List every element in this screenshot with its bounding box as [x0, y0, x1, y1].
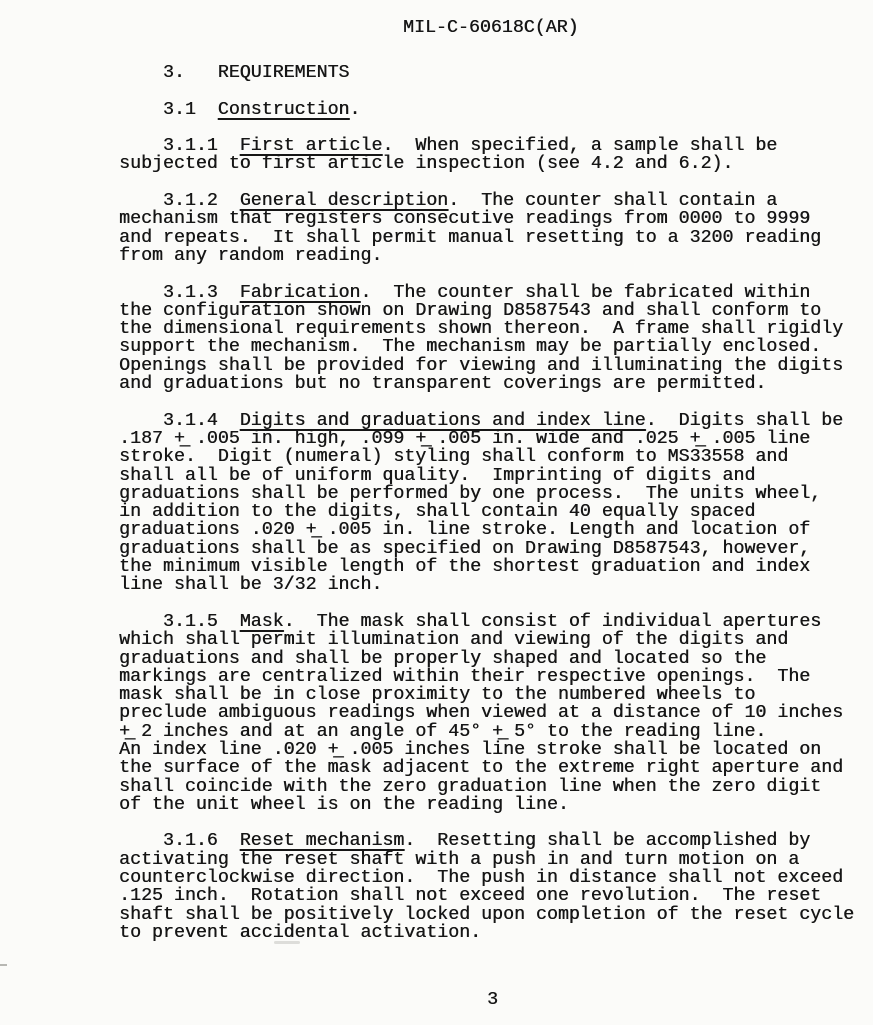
text-span: . The counter shall contain a [448, 191, 777, 211]
section-title: General description [240, 191, 448, 211]
text-line: shaft shall be positively locked upon co… [119, 906, 854, 924]
text-span: . [349, 100, 360, 120]
paragraph: 3.1.1 First article. When specified, a s… [119, 137, 854, 174]
text-line: 3.1 Construction. [119, 101, 854, 119]
text-line: 3. REQUIREMENTS [119, 64, 854, 82]
text-line: of the unit wheel is on the reading line… [119, 796, 854, 814]
page-number: 3 [487, 991, 498, 1009]
text-span: 3.1 [119, 100, 218, 120]
text-line: An index line .020 +̲ .005 inches line s… [119, 741, 854, 759]
text-line: mask shall be in close proximity to the … [119, 686, 854, 704]
text-line: to prevent accidental activation. [119, 924, 854, 942]
paragraph: 3.1 Construction. [119, 101, 854, 119]
text-line: counterclockwise direction. The push in … [119, 869, 854, 887]
text-line: graduations .020 +̲ .005 in. line stroke… [119, 521, 854, 539]
section-title: Digits and graduations and index line [240, 411, 646, 431]
text-span: . Digits shall be [646, 411, 843, 431]
paragraph: 3.1.2 General description. The counter s… [119, 192, 854, 265]
text-line: line shall be 3/32 inch. [119, 576, 854, 594]
text-line: preclude ambiguous readings when viewed … [119, 704, 854, 722]
paragraph: 3.1.5 Mask. The mask shall consist of in… [119, 613, 854, 814]
text-line: .125 inch. Rotation shall not exceed one… [119, 887, 854, 905]
text-line: the dimensional requirements shown there… [119, 320, 854, 338]
text-line: markings are centralized within their re… [119, 668, 854, 686]
text-span: 3.1.4 [119, 411, 240, 431]
text-line: which shall permit illumination and view… [119, 631, 854, 649]
document-id: MIL-C-60618C(AR) [403, 19, 579, 37]
text-line: shall coincide with the zero graduation … [119, 778, 854, 796]
text-line: stroke. Digit (numeral) styling shall co… [119, 448, 854, 466]
text-line: 3.1.3 Fabrication. The counter shall be … [119, 284, 854, 302]
paragraph: 3.1.3 Fabrication. The counter shall be … [119, 284, 854, 394]
text-line: +̲ 2 inches and at an angle of 45° +̲ 5°… [119, 723, 854, 741]
text-line: 3.1.2 General description. The counter s… [119, 192, 854, 210]
text-span: 3.1.5 [119, 612, 240, 632]
text-line: from any random reading. [119, 247, 854, 265]
text-line: activating the reset shaft with a push i… [119, 851, 854, 869]
text-line: 3.1.4 Digits and graduations and index l… [119, 412, 854, 430]
text-span: 3.1.6 [119, 831, 240, 851]
scanned-document-page: { "page": { "doc_id": "MIL-C-60618C(AR)"… [0, 0, 873, 1025]
section-title: Reset mechanism [240, 831, 405, 851]
text-line: and graduations but no transparent cover… [119, 375, 854, 393]
section-title: Mask [240, 612, 284, 632]
text-span: . The counter shall be fabricated within [360, 283, 810, 303]
text-line: shall all be of uniform quality. Imprint… [119, 467, 854, 485]
text-line: the minimum visible length of the shorte… [119, 558, 854, 576]
text-span: 3. REQUIREMENTS [119, 63, 349, 83]
text-span: . When specified, a sample shall be [382, 136, 777, 156]
text-line: the surface of the mask adjacent to the … [119, 759, 854, 777]
paragraph: 3.1.4 Digits and graduations and index l… [119, 412, 854, 595]
text-line: mechanism that registers consecutive rea… [119, 210, 854, 228]
text-line: graduations shall be performed by one pr… [119, 485, 854, 503]
text-line: 3.1.5 Mask. The mask shall consist of in… [119, 613, 854, 631]
text-span: . The mask shall consist of individual a… [284, 612, 822, 632]
text-span: 3.1.2 [119, 191, 240, 211]
paragraph: 3.1.6 Reset mechanism. Resetting shall b… [119, 832, 854, 942]
scan-artifact [0, 964, 7, 966]
text-line: support the mechanism. The mechanism may… [119, 338, 854, 356]
text-line: Openings shall be provided for viewing a… [119, 357, 854, 375]
paragraph: 3. REQUIREMENTS [119, 64, 854, 82]
text-line: 3.1.6 Reset mechanism. Resetting shall b… [119, 832, 854, 850]
text-span: . Resetting shall be accomplished by [404, 831, 810, 851]
text-line: in addition to the digits, shall contain… [119, 503, 854, 521]
text-line: .187 +̲ .005 in. high, .099 +̲ .005 in. … [119, 430, 854, 448]
section-title: First article [240, 136, 383, 156]
text-line: the configuration shown on Drawing D8587… [119, 302, 854, 320]
scan-artifact [274, 941, 300, 944]
text-span: 3.1.3 [119, 283, 240, 303]
text-line: graduations and shall be properly shaped… [119, 650, 854, 668]
text-line: and repeats. It shall permit manual rese… [119, 229, 854, 247]
text-span: 3.1.1 [119, 136, 240, 156]
section-title: Construction [218, 100, 350, 120]
text-line: graduations shall be as specified on Dra… [119, 540, 854, 558]
text-line: 3.1.1 First article. When specified, a s… [119, 137, 854, 155]
section-title: Fabrication [240, 283, 361, 303]
text-line: subjected to first article inspection (s… [119, 155, 854, 173]
document-body: 3. REQUIREMENTS 3.1 Construction. 3.1.1 … [119, 64, 854, 961]
